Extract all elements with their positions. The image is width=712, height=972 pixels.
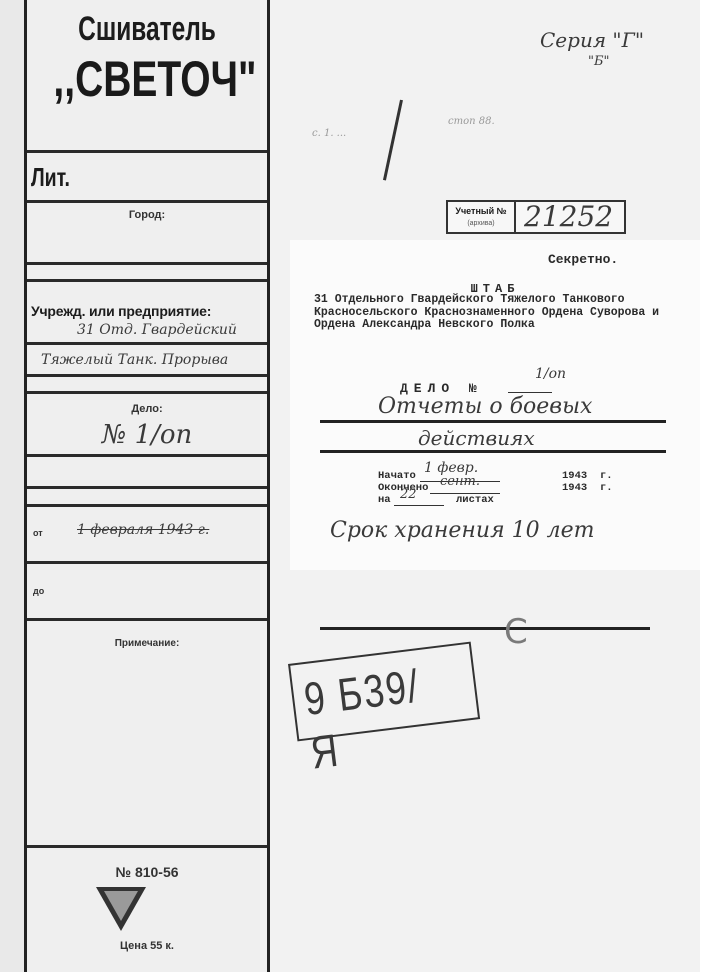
sheets-count: 22 <box>400 487 417 502</box>
year-suffix: г. <box>600 482 613 494</box>
inventory-number-stamp: Учетный № (архива) 21252 <box>446 200 626 234</box>
manufacturer-logo-inner-icon <box>104 891 138 921</box>
archival-folder-cover: Сшиватель ,,СВЕТОЧ" Лит. Город: Учрежд. … <box>0 0 712 972</box>
page-edge <box>700 0 712 972</box>
case-number: 1/оп <box>535 366 566 382</box>
divider <box>27 486 267 489</box>
inventory-label-cell: Учетный № (архива) <box>448 202 516 232</box>
notes-label: Примечание: <box>27 638 267 649</box>
series-sub-annotation: "Б" <box>588 54 610 69</box>
to-label: до <box>33 586 44 596</box>
binding-strip <box>0 0 24 972</box>
year-suffix: г. <box>600 470 613 482</box>
classification-label: Секретно. <box>548 252 618 267</box>
divider <box>27 391 267 394</box>
case-title-line-2: действиях <box>418 426 535 450</box>
divider <box>27 845 267 848</box>
divider <box>27 200 267 203</box>
divider <box>27 342 267 345</box>
from-label: от <box>33 528 43 538</box>
sheets-underline <box>394 505 444 506</box>
binder-form-panel: Сшиватель ,,СВЕТОЧ" Лит. Город: Учрежд. … <box>24 0 270 972</box>
divider <box>27 504 267 507</box>
finished-year: 1943 <box>562 482 587 494</box>
bottom-rule <box>320 627 650 630</box>
unit-name: 31 Отдельного Гвардейского Тяжелого Танк… <box>314 294 694 332</box>
archive-stamp: 9 Б39/Я <box>288 642 480 742</box>
case-number-underline <box>508 392 552 393</box>
organization-label: Учрежд. или предприятие: <box>31 303 267 319</box>
case-label: Дело: <box>27 403 267 415</box>
divider <box>27 454 267 457</box>
title-rule <box>320 420 666 423</box>
divider <box>27 150 267 153</box>
divider <box>27 618 267 621</box>
pen-stroke <box>383 100 403 181</box>
archive-stamp-value: 9 Б39/Я <box>301 656 449 780</box>
started-label: Начато <box>378 470 416 482</box>
brand-title: Сшиватель <box>61 10 234 49</box>
divider <box>27 262 267 265</box>
lit-label: Лит. <box>31 162 70 193</box>
city-label: Город: <box>27 209 267 221</box>
divider <box>27 374 267 377</box>
storage-term: Срок хранения 10 лет <box>330 518 595 543</box>
inventory-label: Учетный № <box>448 206 514 216</box>
price-label: Цена 55 к. <box>24 940 270 952</box>
corner-mark: C <box>504 612 528 652</box>
case-title-line-1: Отчеты о боевых <box>378 394 592 419</box>
brand-name: ,,СВЕТОЧ" <box>53 50 240 108</box>
organization-handwritten-line-1: 31 Отд. Гвардейский <box>77 322 237 338</box>
finished-date: сент. <box>440 474 480 489</box>
sheets-prefix: на <box>378 494 391 506</box>
organization-handwritten-line-2: Тяжелый Танк. Прорыва <box>41 352 228 368</box>
catalog-number: № 810-56 <box>24 864 270 880</box>
divider <box>27 279 267 282</box>
title-rule <box>320 450 666 453</box>
inventory-sublabel: (архива) <box>448 220 514 227</box>
started-year: 1943 <box>562 470 587 482</box>
case-number-handwritten: № 1/оп <box>27 420 267 450</box>
faint-note-left: с. 1. ... <box>312 128 346 139</box>
sheets-label: листах <box>456 494 494 506</box>
inventory-number: 21252 <box>524 200 613 233</box>
series-annotation: Серия "Г" <box>540 28 644 52</box>
from-date-struck: 1 февраля 1943 г. <box>77 522 209 538</box>
divider <box>27 561 267 564</box>
faint-note-right: стоп 88. <box>448 116 495 127</box>
